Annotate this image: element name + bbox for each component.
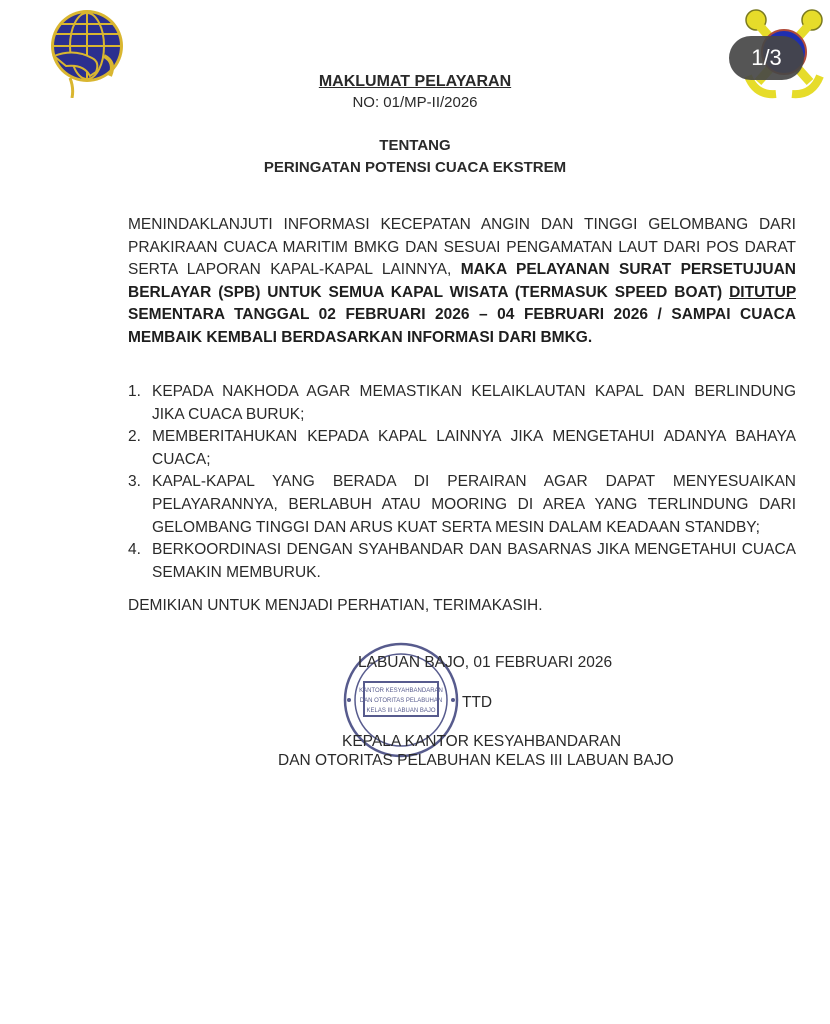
closed-emphasis: DITUTUP — [729, 284, 796, 301]
document-number: NO: 01/MP-II/2026 — [0, 94, 830, 111]
signature-place-date: LABUAN BAJO, 01 FEBRUARI 2026 — [358, 654, 612, 672]
stamp-line-3: KELAS III LABUAN BAJO — [366, 708, 435, 714]
stamp-line-1: KANTOR KESYAHBANDARAN — [359, 688, 443, 694]
stamp-line-2: DAN OTORITAS PELABUHAN — [360, 698, 442, 704]
list-item: 3.KAPAL-KAPAL YANG BERADA DI PERAIRAN AG… — [128, 471, 796, 539]
list-item: 4.BERKOORDINASI DENGAN SYAHBANDAR DAN BA… — [128, 539, 796, 584]
document-about-label: TENTANG — [0, 137, 830, 154]
main-paragraph-bold-dates: SEMENTARA TANGGAL 02 FEBRUARI 2026 – 04 … — [128, 306, 796, 346]
list-item: 1.KEPADA NAKHODA AGAR MEMASTIKAN KELAIKL… — [128, 381, 796, 426]
document-title: MAKLUMAT PELAYARAN — [0, 73, 830, 91]
list-item-text: MEMBERITAHUKAN KEPADA KAPAL LAINNYA JIKA… — [152, 428, 796, 468]
signature-ttd: TTD — [462, 694, 492, 712]
list-item-number: 3. — [128, 471, 141, 494]
closing-statement: DEMIKIAN UNTUK MENJADI PERHATIAN, TERIMA… — [128, 597, 543, 615]
list-item-number: 2. — [128, 426, 141, 449]
list-item-text: BERKOORDINASI DENGAN SYAHBANDAR DAN BASA… — [152, 541, 796, 581]
list-item-number: 1. — [128, 381, 141, 404]
instruction-list: 1.KEPADA NAKHODA AGAR MEMASTIKAN KELAIKL… — [128, 381, 796, 584]
list-item-text: KEPADA NAKHODA AGAR MEMASTIKAN KELAIKLAU… — [152, 383, 796, 423]
signatory-title-line-1: KEPALA KANTOR KESYAHBANDARAN — [342, 733, 621, 751]
main-paragraph: MENINDAKLANJUTI INFORMASI KECEPATAN ANGI… — [128, 214, 796, 350]
list-item-number: 4. — [128, 539, 141, 562]
document-subject: PERINGATAN POTENSI CUACA EKSTREM — [0, 159, 830, 176]
list-item-text: KAPAL-KAPAL YANG BERADA DI PERAIRAN AGAR… — [152, 473, 796, 535]
signatory-title-line-2: DAN OTORITAS PELABUHAN KELAS III LABUAN … — [278, 752, 674, 770]
list-item: 2.MEMBERITAHUKAN KEPADA KAPAL LAINNYA JI… — [128, 426, 796, 471]
